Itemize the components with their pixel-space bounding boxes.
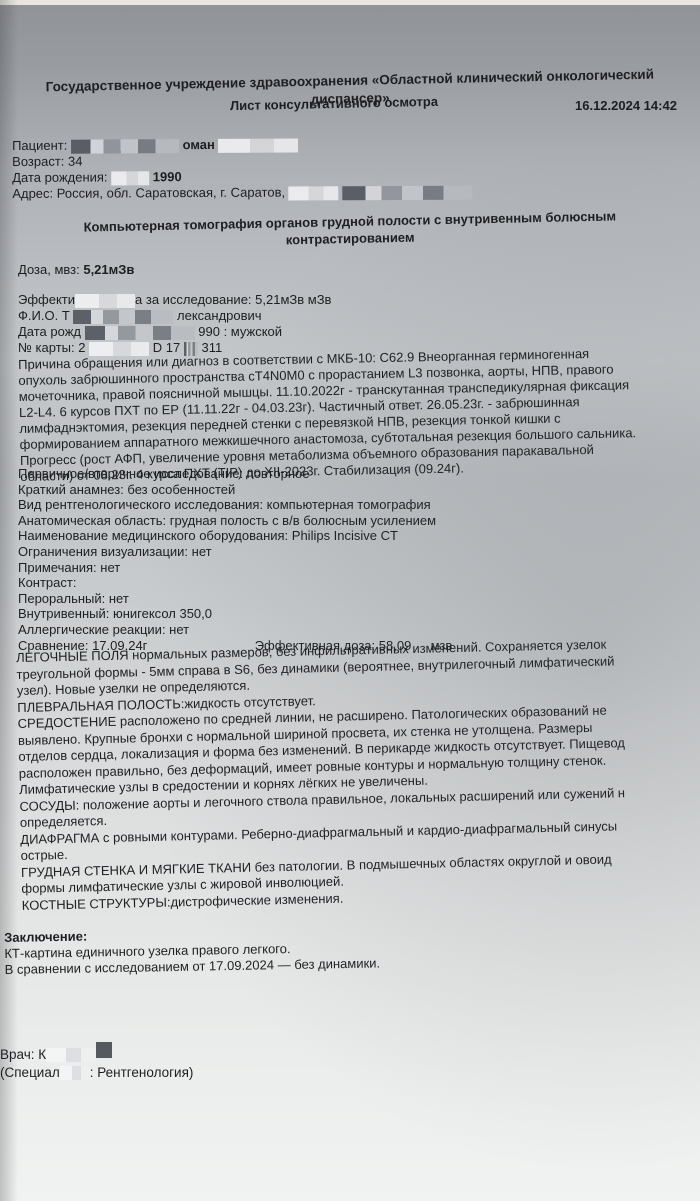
document-photo: Государственное учреждение здравоохранен… bbox=[0, 0, 700, 1201]
field-equipment: Наименование медицинского оборудования: … bbox=[18, 528, 452, 544]
field-oral: Пероральный: нет bbox=[18, 591, 452, 607]
patient-address-row: Адрес: Россия, обл. Саратовская, г. Сара… bbox=[12, 184, 472, 202]
details-block: Эффектиа за исследование: 5,21мЗв мЗв Ф.… bbox=[18, 292, 331, 356]
dob-row: Дата рожд 990 : мужской bbox=[18, 324, 331, 340]
field-notes: Примечания: нет bbox=[18, 560, 452, 576]
diagnosis-block: Причина обращения или диагноз в соответс… bbox=[18, 345, 637, 485]
field-primary-secondary: Первичное/вторичное исследование: повтор… bbox=[18, 466, 452, 482]
signature-block: Врач: К (Специал: Рентгенология) bbox=[0, 1046, 193, 1082]
field-anamnesis: Краткий анамнез: без особенностей bbox=[18, 482, 452, 498]
dose-row: Доза, мвз: 5,21мЗв bbox=[18, 262, 134, 277]
effective-dose-row: Эффектиа за исследование: 5,21мЗв мЗв bbox=[18, 292, 331, 308]
redacted-area bbox=[96, 1042, 112, 1058]
form-title: Лист консультативного осмотра bbox=[230, 94, 438, 113]
redacted-area bbox=[60, 1066, 90, 1080]
paper-edge bbox=[0, 0, 700, 5]
field-intravenous: Внутривенный: юнигексол 350,0 bbox=[18, 606, 452, 622]
field-contrast: Контраст: bbox=[18, 575, 452, 591]
redacted-area bbox=[46, 1048, 96, 1062]
fio-row: Ф.И.О. Т лександрович bbox=[18, 308, 331, 324]
field-study-type: Вид рентгенологического исследования: ко… bbox=[18, 497, 452, 513]
study-title: Компьютерная томография органов грудной … bbox=[0, 206, 700, 255]
redacted-area bbox=[111, 171, 149, 185]
redacted-area bbox=[218, 138, 298, 152]
redacted-area bbox=[289, 186, 339, 200]
redacted-area bbox=[75, 294, 135, 308]
redacted-area bbox=[85, 326, 195, 340]
redacted-area bbox=[89, 342, 149, 356]
patient-block: Пациент: оман Возраст: 34 Дата рождения:… bbox=[12, 136, 472, 202]
redacted-area bbox=[71, 139, 179, 154]
redacted-area bbox=[73, 310, 173, 324]
report-datetime: 16.12.2024 14:42 bbox=[575, 98, 677, 113]
doctor-row: Врач: К bbox=[0, 1046, 193, 1064]
study-fields: Первичное/вторичное исследование: повтор… bbox=[18, 466, 452, 653]
findings-block: ЛЕГОЧНЫЕ ПОЛЯ нормальных размеров, без и… bbox=[16, 636, 628, 914]
field-allergy: Аллергические реакции: нет bbox=[18, 622, 452, 638]
redacted-area bbox=[342, 185, 472, 200]
field-anatomic-area: Анатомическая область: грудная полость с… bbox=[18, 513, 452, 529]
specialty-row: (Специал: Рентгенология) bbox=[0, 1064, 193, 1082]
field-visual-limits: Ограничения визуализации: нет bbox=[18, 544, 452, 560]
conclusion-block: Заключение: КТ-картина единичного узелка… bbox=[4, 923, 380, 978]
